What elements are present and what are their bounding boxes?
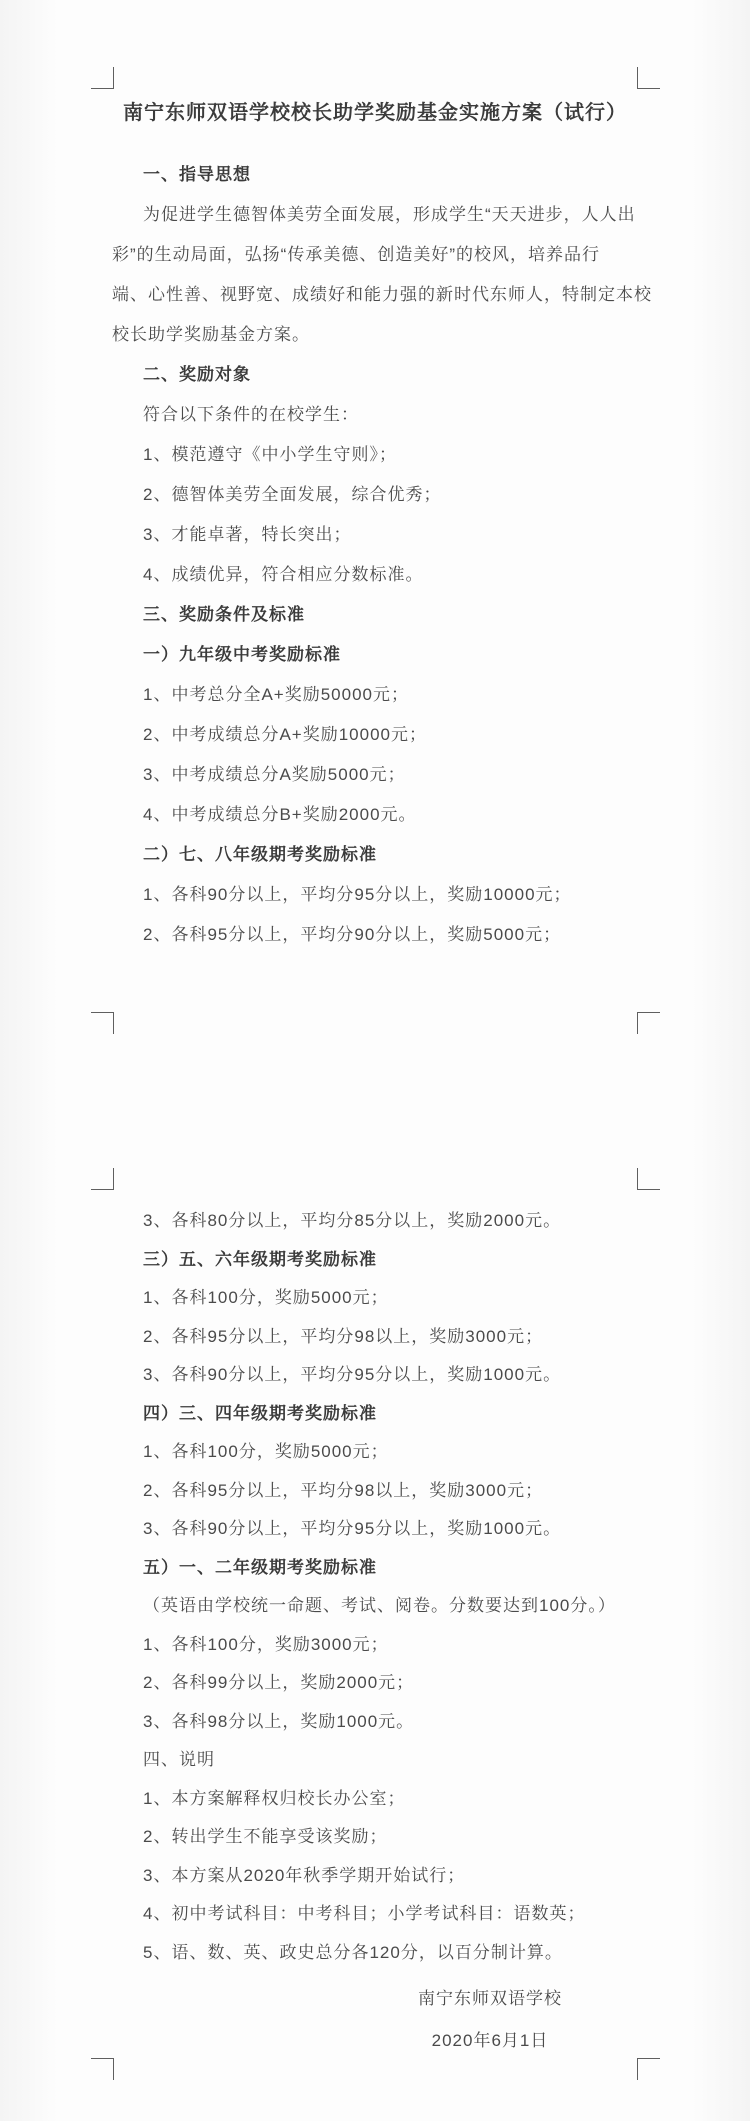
document-line: 1、各科90分以上，平均分95分以上，奖励10000元；	[0, 884, 750, 924]
document-line: 2、各科95分以上，平均分90分以上，奖励5000元；	[0, 924, 750, 964]
section-heading: 四）三、四年级期考奖励标准	[0, 1403, 750, 1442]
crop-mark-page1-bottom-left	[91, 1012, 114, 1034]
document-line: 3、各科90分以上，平均分95分以上，奖励1000元。	[0, 1518, 750, 1557]
section-heading: 一）九年级中考奖励标准	[0, 644, 750, 684]
document-line: 3、本方案从2020年秋季学期开始试行；	[0, 1865, 750, 1904]
section-heading: 五）一、二年级期考奖励标准	[0, 1557, 750, 1596]
crop-mark-page1-top-right	[637, 67, 660, 89]
document-line: 3、各科80分以上，平均分85分以上，奖励2000元。	[0, 1210, 750, 1249]
document-line: 1、中考总分全A+奖励50000元；	[0, 684, 750, 724]
document-line: 3、各科90分以上，平均分95分以上，奖励1000元。	[0, 1364, 750, 1403]
crop-mark-page2-bottom-right	[637, 2058, 660, 2080]
document-line: 1、各科100分，奖励3000元；	[0, 1634, 750, 1673]
document-line: 2、各科95分以上，平均分98以上，奖励3000元；	[0, 1480, 750, 1519]
document-line: 3、中考成绩总分A奖励5000元；	[0, 764, 750, 804]
document-line: 4、中考成绩总分B+奖励2000元。	[0, 804, 750, 844]
document-line: 校长助学奖励基金方案。	[0, 324, 750, 364]
document-line: 符合以下条件的在校学生：	[0, 404, 750, 444]
section-heading: 三、奖励条件及标准	[0, 604, 750, 644]
document-line: 4、成绩优异，符合相应分数标准。	[0, 564, 750, 604]
document-line: 端、心性善、视野宽、成绩好和能力强的新时代东师人，特制定本校	[0, 284, 750, 324]
document-page-1: 一、指导思想为促进学生德智体美劳全面发展，形成学生“天天进步，人人出彩”的生动局…	[0, 164, 750, 964]
document-line: 为促进学生德智体美劳全面发展，形成学生“天天进步，人人出	[0, 204, 750, 244]
document-line: 1、本方案解释权归校长办公室；	[0, 1788, 750, 1827]
document-line: 2、中考成绩总分A+奖励10000元；	[0, 724, 750, 764]
section-heading: 二、奖励对象	[0, 364, 750, 404]
document-line: 1、各科100分，奖励5000元；	[0, 1287, 750, 1326]
crop-mark-page1-top-left	[91, 67, 114, 89]
section-heading: 三）五、六年级期考奖励标准	[0, 1249, 750, 1288]
crop-mark-page1-bottom-right	[637, 1012, 660, 1034]
document-line: 4、初中考试科目：中考科目；小学考试科目：语数英；	[0, 1903, 750, 1942]
document-line: 四、说明	[0, 1749, 750, 1788]
document-line: 彩”的生动局面，弘扬“传承美德、创造美好”的校风，培养品行	[0, 244, 750, 284]
section-heading: 二）七、八年级期考奖励标准	[0, 844, 750, 884]
document-line: 2、各科99分以上，奖励2000元；	[0, 1672, 750, 1711]
document-page-2: 3、各科80分以上，平均分85分以上，奖励2000元。三）五、六年级期考奖励标准…	[0, 1210, 750, 1980]
crop-mark-page2-bottom-left	[91, 2058, 114, 2080]
document-line: 1、各科100分，奖励5000元；	[0, 1441, 750, 1480]
section-heading: 一、指导思想	[0, 164, 750, 204]
document-line: （英语由学校统一命题、考试、阅卷。分数要达到100分。）	[0, 1595, 750, 1634]
crop-mark-page2-top-left	[91, 1168, 114, 1190]
document-line: 2、转出学生不能享受该奖励；	[0, 1826, 750, 1865]
document-line: 2、德智体美劳全面发展，综合优秀；	[0, 484, 750, 524]
page-title: 南宁东师双语学校校长助学奖励基金实施方案（试行）	[0, 96, 750, 125]
document-line: 3、各科98分以上，奖励1000元。	[0, 1711, 750, 1750]
crop-mark-page2-top-right	[637, 1168, 660, 1190]
signature-date: 2020年6月1日	[368, 2026, 612, 2051]
document-line: 3、才能卓著，特长突出；	[0, 524, 750, 564]
document-line: 5、语、数、英、政史总分各120分，以百分制计算。	[0, 1942, 750, 1981]
signature-school: 南宁东师双语学校	[368, 1984, 612, 2009]
document-line: 2、各科95分以上，平均分98以上，奖励3000元；	[0, 1326, 750, 1365]
document-line: 1、模范遵守《中小学生守则》；	[0, 444, 750, 484]
